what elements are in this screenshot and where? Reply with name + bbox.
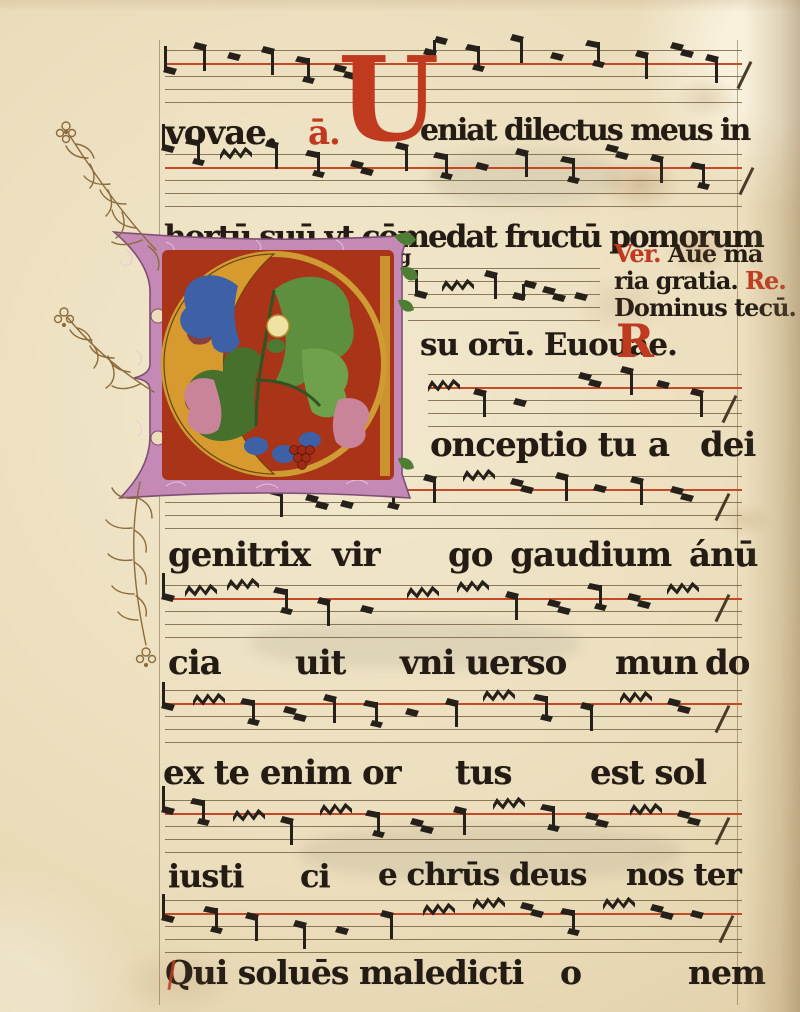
neume-stroke <box>572 158 575 178</box>
music-staff <box>165 50 742 104</box>
lyric-segment: vni uerso <box>400 646 566 680</box>
neume-stroke <box>335 926 349 935</box>
neume-stroke <box>687 817 701 826</box>
neume-stroke <box>285 589 288 609</box>
neume-stroke <box>375 702 378 722</box>
staff-line <box>165 729 742 730</box>
neume-stroke <box>370 720 383 728</box>
neume-stroke <box>494 273 497 299</box>
staff-line <box>165 826 742 827</box>
music-staff <box>165 900 742 954</box>
neume-stroke <box>702 164 705 184</box>
neume-stroke <box>697 182 710 190</box>
lyric-segment: ci <box>300 860 330 892</box>
neume-stroke <box>547 599 561 608</box>
neume-stroke <box>271 49 274 75</box>
staff-line <box>165 900 742 901</box>
neume-stroke <box>215 908 218 928</box>
lyric-segment: mun <box>615 646 697 680</box>
flourish-hanging-spray <box>106 482 156 666</box>
neume-stroke <box>530 909 544 918</box>
neume-stroke <box>660 157 663 183</box>
staff-line <box>165 585 742 586</box>
music-staff <box>165 585 742 639</box>
neume-stroke <box>477 46 480 66</box>
neume-stroke <box>515 594 518 620</box>
neume-stroke <box>377 812 380 832</box>
neume-stroke <box>320 802 352 818</box>
neume-stroke <box>457 579 489 595</box>
neume-stroke <box>360 605 374 614</box>
staff-line <box>165 637 742 638</box>
neume-stroke <box>545 696 548 716</box>
lyric-segment: eniat dilectus meus in <box>420 116 749 146</box>
neume-stroke <box>615 151 629 160</box>
neume-stroke <box>312 170 325 178</box>
neume-stroke <box>192 158 205 166</box>
lyric-segment: Qui soluēs maledicti <box>165 956 523 989</box>
music-staff <box>165 154 742 208</box>
neume-stroke <box>227 52 241 61</box>
neume-stroke <box>637 600 651 609</box>
neume-stroke <box>280 607 293 615</box>
initial-u: U <box>338 42 438 158</box>
lyric-segment: vir <box>332 538 380 572</box>
neume-stroke <box>567 176 580 184</box>
lyric-segment: tus <box>455 756 512 790</box>
staff-line <box>165 852 742 853</box>
staff-line <box>408 320 600 321</box>
music-staff <box>165 690 742 744</box>
staff-line <box>165 102 742 103</box>
staff-red-line <box>165 167 742 169</box>
staff-line <box>408 307 600 308</box>
neume-stroke <box>293 713 307 722</box>
rubric-line: Ver. Aue ma <box>614 242 762 266</box>
lyric-segment: nos ter <box>626 860 741 891</box>
staff-red-line <box>165 598 742 600</box>
lyric-segment: go gaudium ánū <box>448 538 758 572</box>
neume-stroke <box>567 928 580 936</box>
neume-stroke <box>440 172 453 180</box>
staff-line <box>165 939 742 940</box>
neume-stroke <box>599 585 602 605</box>
lyric-segment: e chrūs deus <box>378 860 586 891</box>
neume-stroke <box>283 706 297 715</box>
neume-stroke <box>520 902 534 911</box>
neume-stroke <box>161 914 175 923</box>
neume-stroke <box>640 479 643 505</box>
staff-line <box>165 206 742 207</box>
staff-line <box>165 50 742 51</box>
neume-stroke <box>603 896 635 912</box>
lyric-segment: est sol <box>590 756 706 790</box>
staff-red-line <box>165 63 742 65</box>
lyric-segment: iusti <box>168 860 243 892</box>
neume-stroke <box>510 478 524 487</box>
lyric-segment: genitrix <box>168 538 310 572</box>
neume-stroke <box>557 606 571 615</box>
staff-line <box>165 193 742 194</box>
margin-flourish-penwork <box>18 100 188 700</box>
neume-stroke <box>390 913 393 939</box>
neume-stroke <box>428 378 460 394</box>
neume-stroke <box>493 796 525 812</box>
neume-stroke <box>423 902 455 918</box>
staff-line <box>165 180 742 181</box>
neume-stroke <box>472 64 485 72</box>
neume-stroke <box>473 896 505 912</box>
staff-line <box>165 800 742 801</box>
neume-stroke <box>327 600 330 626</box>
neume-stroke <box>303 923 306 949</box>
neume-stroke <box>592 60 605 68</box>
music-staff <box>428 374 742 428</box>
flourish-mid-spray <box>55 308 155 392</box>
staff-line <box>165 528 742 529</box>
lyric-segment: a <box>648 428 669 462</box>
neume-stroke <box>414 290 428 299</box>
neume-stroke <box>445 154 448 174</box>
lyric-segment: onceptio tu <box>430 428 636 462</box>
music-staff <box>408 268 600 322</box>
neume-stroke <box>247 718 260 726</box>
staff-line <box>408 268 600 269</box>
lyric-segment: ā. <box>308 116 340 150</box>
staff-line <box>408 281 600 282</box>
flourish-top-spray <box>57 122 159 270</box>
staff-line <box>165 926 742 927</box>
neume-stroke <box>677 705 691 714</box>
staff-line <box>165 839 742 840</box>
neume-stroke <box>630 802 662 818</box>
staff-line <box>165 89 742 90</box>
neume-stroke <box>202 800 205 820</box>
lyric-segment: o <box>560 956 581 989</box>
staff-line <box>428 400 742 401</box>
neume-stroke <box>252 700 255 720</box>
rubric-text: ria gratia. <box>614 266 745 295</box>
neume-stroke <box>520 37 523 63</box>
rubric-red-text: Re. <box>745 266 786 295</box>
music-staff <box>165 800 742 854</box>
neume-stroke <box>645 53 648 79</box>
lyric-segment: dei <box>700 428 755 462</box>
neume-stroke <box>594 603 607 611</box>
neume-stroke <box>667 581 699 597</box>
manuscript-page: vovae.ā.eniat dilectus meus inhortū suū … <box>0 0 800 1012</box>
neume-stroke <box>520 485 534 494</box>
neume-stroke <box>163 66 177 75</box>
staff-line <box>165 690 742 691</box>
neume-stroke <box>522 284 525 300</box>
lyric-segment: uit <box>295 646 345 680</box>
lyric-segment: or <box>362 756 401 790</box>
neume-stroke <box>233 808 265 824</box>
rubric-text: Aue ma <box>660 239 762 268</box>
staff-line <box>165 515 742 516</box>
staff-line <box>165 624 742 625</box>
neume-stroke <box>630 369 633 395</box>
neume-stroke <box>433 477 436 503</box>
neume-stroke <box>197 818 210 826</box>
staff-line <box>428 413 742 414</box>
neume-stroke <box>650 904 664 913</box>
neume-stroke <box>161 806 175 815</box>
neume-stroke <box>317 152 320 172</box>
neume-stroke <box>550 52 564 61</box>
lyric-segment: do <box>705 646 749 680</box>
neume-stroke <box>525 151 528 177</box>
neume-stroke <box>700 391 703 417</box>
neume-stroke <box>667 698 681 707</box>
neume-stroke <box>572 910 575 930</box>
rubric-line: ria gratia. Re. <box>614 269 786 293</box>
lyric-segment: ex te enim <box>163 756 351 790</box>
rubric-red-text: Ver. <box>614 239 660 268</box>
neume-stroke <box>372 830 385 838</box>
neume-stroke <box>597 42 600 62</box>
neume-stroke <box>680 493 694 502</box>
staff-line <box>165 502 742 503</box>
staff-line <box>408 294 600 295</box>
neume-stroke <box>715 493 730 521</box>
neume-stroke <box>333 697 336 723</box>
neume-stroke <box>593 484 607 493</box>
staff-line <box>165 742 742 743</box>
neume-stroke <box>203 45 206 71</box>
neume-stroke <box>455 701 458 727</box>
neume-stroke <box>193 692 225 708</box>
lyric-segment: nem <box>688 956 765 989</box>
neume-stroke <box>590 705 593 731</box>
response-mark: R <box>616 318 653 364</box>
neume-stroke <box>483 391 486 417</box>
neume-stroke <box>255 915 258 941</box>
neume-stroke <box>690 910 704 919</box>
neume-stroke <box>627 593 641 602</box>
neume-stroke <box>552 806 555 826</box>
neume-stroke <box>290 819 293 845</box>
neume-stroke <box>565 475 568 501</box>
neume-stroke <box>715 57 718 83</box>
staff-line <box>165 76 742 77</box>
neume-stroke <box>463 809 466 835</box>
neume-stroke <box>715 817 730 845</box>
neume-stroke <box>475 162 489 171</box>
staff-line <box>165 611 742 612</box>
neume-stroke <box>670 486 684 495</box>
neume-stroke <box>677 810 691 819</box>
neume-stroke <box>307 58 310 78</box>
